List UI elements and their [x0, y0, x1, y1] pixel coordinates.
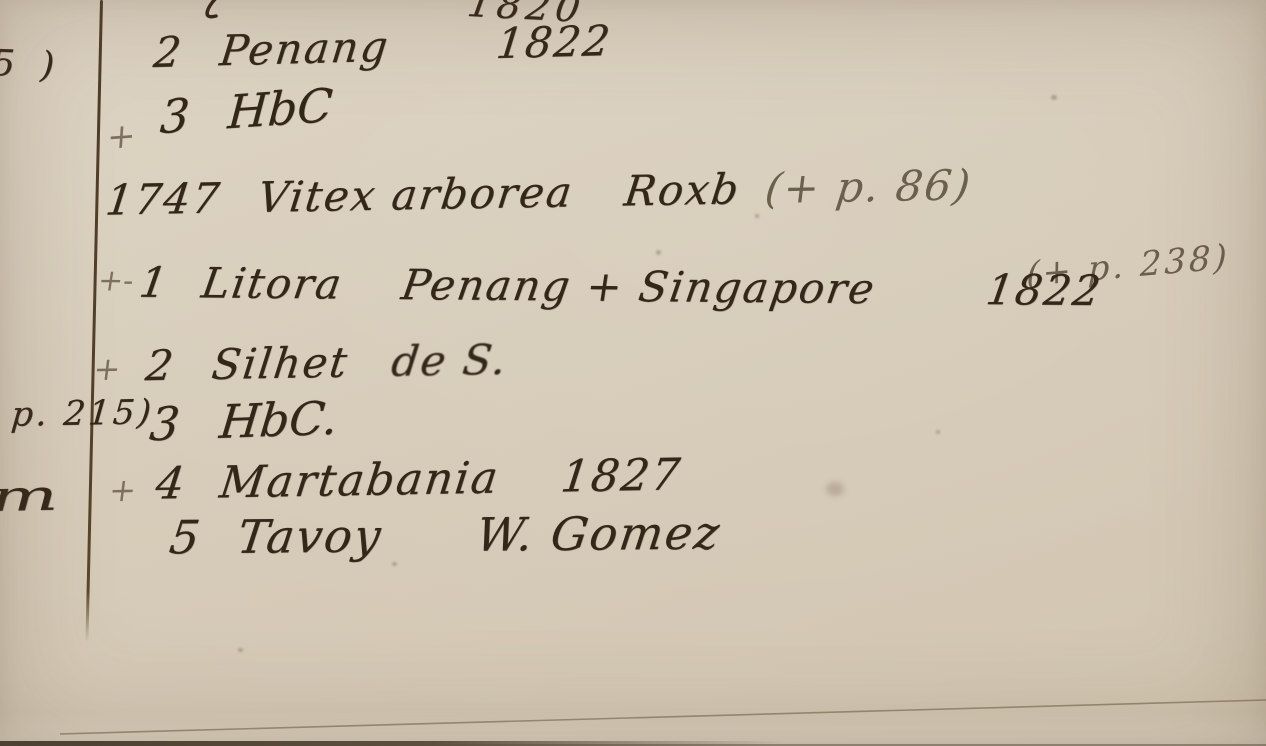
stray-pen-stroke [192, 0, 242, 28]
entry-line-martabania: + 4 Martabania 1827 [153, 449, 684, 509]
entry-line-hbc-2: 3 HbC. [147, 391, 340, 452]
paper-speck [392, 562, 397, 566]
item-number: 1 [136, 258, 172, 307]
collector-name: W. Gomez [473, 506, 724, 562]
fragment-text: m [0, 471, 59, 521]
year-text: 1822 [494, 16, 614, 68]
locality-text: Tavoy [234, 509, 385, 564]
paper-speck [755, 214, 759, 218]
item-number: 5 [166, 510, 204, 564]
catalog-number: 1747 [103, 173, 224, 224]
entry-line-species-heading: 1747 Vitex arborea Roxb (+ p. 86) [103, 160, 975, 224]
fragment-text: 5 ) [0, 43, 55, 86]
plus-mark: + [107, 471, 140, 510]
item-number: 2 [151, 27, 185, 77]
margin-fragment-top: 5 ) [0, 43, 55, 86]
paper-speck [936, 430, 940, 434]
plus-mark: + [106, 116, 137, 158]
paper-speck [238, 648, 243, 652]
entry-line-silhet: + 2 Silhet de S. [143, 335, 511, 390]
abbreviation-text: HbC [226, 78, 334, 140]
habitat-text: Litora [198, 258, 346, 308]
page-crease-line [0, 686, 1266, 746]
locality-text: Penang [217, 22, 392, 76]
locality-text: Silhet [209, 338, 351, 389]
margin-fragment-word: m [0, 471, 59, 521]
entry-line-littora: +- 1 Litora Penang + Singapore 1822 [136, 258, 1105, 315]
plus-mark: +- [96, 263, 137, 298]
year-text: 1822 [983, 265, 1105, 315]
entry-line-hbc: + 3 HbC [158, 78, 334, 144]
paper-speck [1051, 95, 1057, 100]
paper-smudge [826, 482, 844, 496]
page-bottom-edge-shadow [0, 741, 785, 746]
author-abbreviation: Roxb [622, 164, 743, 215]
abbreviation-text: HbC. [217, 391, 340, 449]
locality-text: Penang + Singapore [398, 260, 879, 313]
fragment-text: + p. 215) [0, 392, 156, 435]
page-reference: (+ p. 86) [762, 160, 974, 213]
species-name: Vitex arborea [255, 167, 576, 222]
manuscript-photo: 1820 2 Penang 1822 + 3 HbC 1747 Vitex ar… [0, 0, 1266, 746]
year-text: 1827 [558, 449, 684, 502]
locality-text: Martabania [217, 453, 503, 509]
margin-fragment-p215: + p. 215) [0, 392, 156, 435]
plus-mark: + [91, 350, 124, 389]
item-number: 2 [143, 341, 178, 391]
item-number: 4 [153, 458, 189, 510]
collector-text: de S. [389, 335, 511, 386]
margin-rule-line [85, 0, 103, 642]
paper-speck [656, 250, 661, 255]
item-number: 3 [158, 88, 191, 144]
entry-line-tavoy: 5 Tavoy W. Gomez [166, 506, 724, 565]
